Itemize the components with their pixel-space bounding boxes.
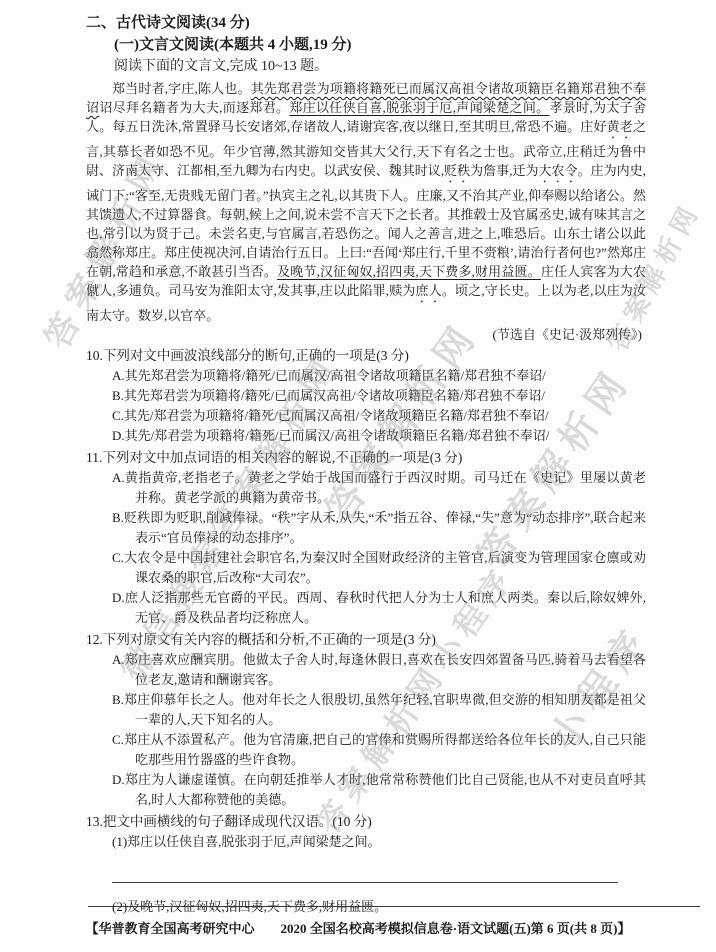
option-label: B. [112,510,124,525]
option-text: 大农令是中国封建社会职官名,为秦汉时全国财政经济的主管官,后演变为管理国家仓廪或… [124,550,646,585]
question-11-option-a: A.黄指黄帝,老指老子。黄老之学始于战国而盛行于西汉时期。司马迁在《史记》里屡以… [86,468,646,508]
question-number: 13. [86,814,103,829]
passage-source: (节选自《史记·汲郑列传》) [86,325,646,344]
question-text: 下列对文中画波浪线部分的断句,正确的一项是(3 分) [103,348,409,363]
question-11-stem: 11.下列对文中加点词语的相关内容的解说,不正确的一项是(3 分) [86,448,646,468]
reading-instruction: 阅读下面的文言文,完成 10~13 题。 [114,56,646,77]
question-10-option-c: C.其先/郑君尝为项籍将/籍死/已而属汉高祖/令诸故项籍臣名籍/郑君独不奉诏/ [86,406,646,426]
passage-segment-dotted: 贬秩 [444,163,470,178]
passage-segment: 。庄为内史,诫门下:“客至,无贵贱无留门者。”执宾主之礼,以其贵下人。庄廉,又不… [86,163,646,279]
question-12-option-c: C.郑庄从不添置私产。他为官清廉,把自己的官俸和赏赐所得都送给各位年长的友人,自… [86,730,646,770]
question-number: 10. [86,348,103,363]
question-10-option-b: B.其先郑君尝为项籍将/籍死/已而属汉高祖/令诸故项籍臣名籍/郑君独不奉诏/ [86,386,646,406]
option-text: 贬秩即为贬职,削减俸禄。“秩”字从禾,从失,“禾”指五谷、俸禄,“失”意为“动态… [124,510,646,545]
passage-segment-dotted: 黄老 [607,119,633,134]
option-label: C. [112,732,124,747]
page-content: 二、古代诗文阅读(34 分) (一)文言文阅读(本题共 4 小题,19 分) 阅… [86,12,646,917]
question-12-option-b: B.郑庄仰慕年长之人。他对年长之人很殷切,虽然年纪轻,官职卑微,但交游的相知朋友… [86,690,646,730]
subsection-title: (一)文言文阅读(本题共 4 小题,19 分) [114,34,646,56]
option-text: 其先/郑君尝为项籍将/籍死/已而属汉/高祖令诸故项籍臣名籍/郑君独不奉诏/ [125,428,550,443]
question-12-option-a: A.郑庄喜欢应酬宾朋。他做太子舍人时,每逢休假日,喜欢在长安四郊置备马匹,骑着马… [86,650,646,690]
passage-segment: 诏尽拜名籍者为大夫,而逐郑君。 [99,100,289,115]
option-label: D. [112,772,125,787]
question-12-option-d: D.郑庄为人谦虚谨慎。在向朝廷推举人才时,他常常称赞他们比自己贤能,也从不对吏员… [86,770,646,810]
option-text: 郑庄喜欢应酬宾朋。他做太子舍人时,每逢休假日,喜欢在长安四郊置备马匹,骑着马去看… [125,652,646,687]
question-11-option-c: C.大农令是中国封建社会职官名,为秦汉时全国财政经济的主管官,后演变为管理国家仓… [86,548,646,588]
option-text: 郑庄从不添置私产。他为官清廉,把自己的官俸和赏赐所得都送给各位年长的友人,自己只… [124,732,646,767]
question-10-option-d: D.其先/郑君尝为项籍将/籍死/已而属汉/高祖令诸故项籍臣名籍/郑君独不奉诏/ [86,426,646,446]
option-label: D. [112,428,125,443]
question-13-part-1: (1)郑庄以任侠自喜,脱张羽于厄,声闻梁楚之间。 [86,832,646,852]
passage-segment-underline: 及晚节,汉征匈奴,招四夷,天下费多,财用益匮。 [277,264,541,279]
option-text: 黄指黄帝,老指老子。黄老之学始于战国而盛行于西汉时期。司马迁在《史记》里屡以黄老… [125,470,646,505]
question-text: 把文中画横线的句子翻译成现代汉语。(10 分) [103,814,372,829]
passage-segment-dotted: 大农令 [539,163,578,178]
question-text: 下列对文中加点词语的相关内容的解说,不正确的一项是(3 分) [102,450,462,465]
section-title: 二、古代诗文阅读(34 分) [86,12,646,34]
option-text: 庶人泛指那些无官爵的平民。西周、春秋时代把人分为士人和庶人两类。秦以后,除奴婢外… [125,590,646,625]
question-11-option-d: D.庶人泛指那些无官爵的平民。西周、春秋时代把人分为士人和庶人两类。秦以后,除奴… [86,588,646,628]
classical-passage: 郑当时者,字庄,陈人也。其先郑君尝为项籍将籍死已而属汉高祖令诸故项籍臣名籍郑君独… [86,79,646,325]
option-label: B. [112,692,124,707]
option-label: A. [112,652,125,667]
option-text: 其先郑君尝为项籍将/籍死/已而属汉高祖/令诸故项籍臣名籍/郑君独不奉诏/ [124,388,545,403]
option-label: B. [112,388,124,403]
option-label: C. [112,550,124,565]
question-13-stem: 13.把文中画横线的句子翻译成现代汉语。(10 分) [86,812,646,832]
question-10-option-a: A.其先郑君尝为项籍将/籍死/已而属汉/高祖令诸故项籍臣名籍/郑君独不奉诏/ [86,366,646,386]
question-number: 11. [86,450,102,465]
exam-page: 答案解析网 答案解析网 答案解析网 微信搜索答案解析网 小程序 答案解析网小程序… [0,0,716,952]
option-text: 郑庄仰慕年长之人。他对年长之人很殷切,虽然年纪轻,官职卑微,但交游的相知朋友都是… [124,692,646,727]
option-text: 其先/郑君尝为项籍将/籍死/已而属汉高祖/令诸故项籍臣名籍/郑君独不奉诏/ [124,408,549,423]
passage-segment: 郑当时者,字庄,陈人也。 [112,81,251,96]
answer-blank-line-bottom [88,906,700,907]
part-label: (1) [112,834,127,849]
option-label: A. [112,368,125,383]
option-label: C. [112,408,124,423]
passage-segment-dotted: 庶人 [416,283,442,298]
part-text: 郑庄以任侠自喜,脱张羽于厄,声闻梁楚之间。 [127,834,381,849]
answer-blank-line [112,882,618,883]
page-footer: 【华普教育全国高考研究中心 2020 全国名校高考模拟信息卷·语文试题(五)第 … [0,920,716,938]
option-label: D. [112,590,125,605]
option-label: A. [112,470,125,485]
option-text: 其先郑君尝为项籍将/籍死/已而属汉/高祖令诸故项籍臣名籍/郑君独不奉诏/ [125,368,546,383]
passage-segment: 为詹事,迁为 [470,163,538,178]
question-number: 12. [86,632,103,647]
question-13-part-2: (2)及晚节,汉征匈奴,招四夷,天下费多,财用益匮。 [86,897,646,917]
question-11-option-b: B.贬秩即为贬职,削减俸禄。“秩”字从禾,从失,“禾”指五谷、俸禄,“失”意为“… [86,508,646,548]
option-text: 郑庄为人谦虚谨慎。在向朝廷推举人才时,他常常称赞他们比自己贤能,也从不对吏员直呼… [125,772,646,807]
passage-segment-underline: 郑庄以任侠自喜,脱张羽于厄,声闻梁楚之间。 [289,100,549,115]
question-text: 下列对原文有关内容的概括和分析,不正确的一项是(3 分) [103,632,436,647]
question-12-stem: 12.下列对原文有关内容的概括和分析,不正确的一项是(3 分) [86,630,646,650]
question-10-stem: 10.下列对文中画波浪线部分的断句,正确的一项是(3 分) [86,346,646,366]
